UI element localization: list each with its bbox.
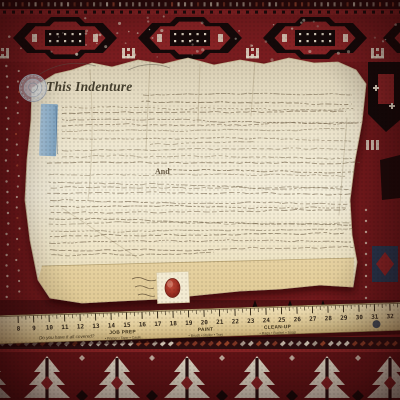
gul-dot xyxy=(204,33,206,35)
scene: 8910111213141516171819202122232425262728… xyxy=(0,0,400,400)
speckle xyxy=(20,47,22,49)
ruler-number: 13 xyxy=(92,323,100,330)
border-fleck xyxy=(61,2,63,6)
right-dot xyxy=(365,242,367,244)
speckle xyxy=(62,32,63,33)
right-dot xyxy=(365,231,367,233)
ruler-number: 17 xyxy=(154,321,162,328)
stripe-dot xyxy=(39,11,42,14)
left-dot xyxy=(6,191,8,193)
left-dot xyxy=(16,217,18,219)
ruler-number: 30 xyxy=(356,314,364,321)
stripe-dot xyxy=(3,11,6,14)
gul-dot xyxy=(329,33,331,35)
speckle xyxy=(96,33,99,36)
ruler-number: 26 xyxy=(294,316,302,323)
left-dot xyxy=(17,185,19,187)
border-fleck xyxy=(386,2,388,6)
gul-dot xyxy=(314,40,316,42)
stripe-dot xyxy=(111,11,114,14)
skirt-stripe xyxy=(0,349,400,352)
speckle xyxy=(85,32,87,34)
border-fleck xyxy=(295,2,297,6)
border-fleck xyxy=(126,2,128,6)
border-fleck xyxy=(74,2,76,6)
gul-side-mark xyxy=(343,34,348,42)
speckle xyxy=(96,43,98,45)
stripe-dot xyxy=(183,11,186,14)
gul-dot xyxy=(197,33,199,35)
left-dot xyxy=(18,290,20,292)
stripe-dot xyxy=(57,11,60,14)
speckle xyxy=(58,36,60,38)
seal-wax xyxy=(165,279,180,298)
gul-side-mark xyxy=(157,34,162,42)
border-fleck xyxy=(139,2,141,6)
left-dot xyxy=(7,222,9,224)
speckle xyxy=(251,45,253,47)
border-fleck xyxy=(22,2,24,6)
divider-motif xyxy=(0,56,9,59)
left-dot xyxy=(16,196,18,198)
gul-dot xyxy=(174,40,176,42)
left-dot xyxy=(16,143,18,145)
left-dot xyxy=(6,75,8,77)
speckle xyxy=(250,55,253,58)
border-fleck xyxy=(353,2,355,6)
blue-ribbon xyxy=(39,104,58,157)
stripe-dot xyxy=(84,11,87,14)
ruler-number: 8 xyxy=(17,325,21,332)
speckle xyxy=(308,50,311,53)
stripe-dot xyxy=(138,11,141,14)
ruler-number: 22 xyxy=(232,318,240,325)
stripe-dot xyxy=(21,11,24,14)
speckle xyxy=(146,17,148,19)
speckle xyxy=(302,19,305,22)
gul-side-mark xyxy=(282,34,287,42)
border-fleck xyxy=(204,2,206,6)
star-dot xyxy=(373,87,379,89)
stripe-dot xyxy=(129,11,132,14)
stamp-inner-ring xyxy=(24,79,42,97)
stripe-dot xyxy=(102,11,105,14)
speckle xyxy=(160,29,163,32)
speckle xyxy=(104,45,107,48)
stripe-dot xyxy=(246,11,249,14)
border-fleck xyxy=(9,2,11,6)
ruler-number: 23 xyxy=(247,318,255,325)
gul-dot xyxy=(322,33,324,35)
stripe-dot xyxy=(282,11,285,14)
left-dot xyxy=(18,175,20,177)
border-fleck xyxy=(249,2,251,6)
right-dot xyxy=(365,286,367,288)
border-fleck xyxy=(197,2,199,6)
left-dot xyxy=(7,170,9,172)
speckle xyxy=(191,43,193,45)
border-fleck xyxy=(373,2,375,6)
stripe-dot xyxy=(174,11,177,14)
stripe-dot xyxy=(237,11,240,14)
border-fleck xyxy=(41,2,43,6)
document-heading: This Indenture xyxy=(46,79,132,94)
border-fleck xyxy=(35,2,37,6)
stripe-dot xyxy=(264,11,267,14)
right-mark xyxy=(371,140,374,150)
border-fleck xyxy=(256,2,258,6)
left-dot xyxy=(5,264,7,266)
left-dot xyxy=(5,254,7,256)
gul-dot xyxy=(329,40,331,42)
speckle xyxy=(201,21,204,24)
border-fleck xyxy=(282,2,284,6)
left-dot xyxy=(18,248,20,250)
ruler-number: 25 xyxy=(278,317,286,324)
gul-side-mark xyxy=(218,34,223,42)
emphasis-word: And xyxy=(155,167,170,176)
ruler-number: 27 xyxy=(309,316,317,323)
right-dot xyxy=(365,220,367,222)
ruler-number: 18 xyxy=(170,320,178,327)
stripe-dot xyxy=(291,11,294,14)
stripe-dot xyxy=(75,11,78,14)
speckle xyxy=(191,39,193,41)
gul-dot xyxy=(307,33,309,35)
border-fleck xyxy=(152,2,154,6)
gul-dot xyxy=(79,33,81,35)
border-fleck xyxy=(236,2,238,6)
gul-dot xyxy=(49,40,51,42)
stripe-dot xyxy=(12,11,15,14)
stripe-dot xyxy=(327,11,330,14)
speckle xyxy=(34,34,37,37)
speckle xyxy=(133,53,136,56)
border-fleck xyxy=(392,2,394,6)
border-fleck xyxy=(28,2,30,6)
speckle xyxy=(273,24,274,25)
speckle xyxy=(337,52,340,55)
border-fleck xyxy=(145,2,147,6)
gul-dot xyxy=(57,33,59,35)
left-dot xyxy=(17,101,19,103)
gul-dot xyxy=(307,40,309,42)
ruler-number: 10 xyxy=(46,324,54,331)
right-motif-inner xyxy=(378,74,394,104)
stripe-dot xyxy=(372,11,375,14)
right-motif xyxy=(380,155,400,200)
border-fleck xyxy=(288,2,290,6)
gul-dot xyxy=(299,40,301,42)
stripe-dot xyxy=(228,11,231,14)
divider-motif xyxy=(371,56,384,59)
speckle xyxy=(151,37,153,39)
divider-dot xyxy=(376,51,379,54)
photo-of-deed-on-rug: 8910111213141516171819202122232425262728… xyxy=(0,0,400,400)
ruler-number: 28 xyxy=(325,315,333,322)
speckle xyxy=(147,20,149,22)
wax-seal xyxy=(156,271,189,303)
speckle xyxy=(270,58,273,61)
stripe-dot xyxy=(363,11,366,14)
gul-dot xyxy=(189,33,191,35)
stripe-dot xyxy=(390,11,393,14)
speckle xyxy=(374,37,376,39)
left-dot xyxy=(6,285,8,287)
border-fleck xyxy=(379,2,381,6)
border-fleck xyxy=(119,2,121,6)
speckle xyxy=(291,27,293,29)
stripe-dot xyxy=(201,11,204,14)
border-fleck xyxy=(321,2,323,6)
ruler-number: 20 xyxy=(201,319,209,326)
gul-dot xyxy=(49,33,51,35)
border-fleck xyxy=(360,2,362,6)
gul-core xyxy=(170,30,210,46)
stripe-dot xyxy=(219,11,222,14)
ruler-number: 14 xyxy=(108,322,116,329)
stripe-dot xyxy=(192,11,195,14)
border-fleck xyxy=(191,2,193,6)
border-fleck xyxy=(132,2,134,6)
gul-core xyxy=(295,30,335,46)
speckle xyxy=(382,40,384,42)
left-dot xyxy=(17,80,19,82)
speckle xyxy=(137,32,139,34)
border-fleck xyxy=(327,2,329,6)
seal-highlight xyxy=(167,280,173,287)
stripe-dot xyxy=(120,11,123,14)
speckle xyxy=(265,40,268,43)
speckle xyxy=(125,42,127,44)
left-dot xyxy=(18,269,20,271)
ruler-number: 15 xyxy=(123,322,131,329)
border-fleck xyxy=(67,2,69,6)
stripe-dot xyxy=(210,11,213,14)
left-dot xyxy=(6,96,8,98)
left-dot xyxy=(5,65,7,67)
speckle xyxy=(8,35,11,38)
border-fleck xyxy=(80,2,82,6)
gul-dot xyxy=(57,40,59,42)
stripe-dot xyxy=(156,11,159,14)
ruler-number: 11 xyxy=(61,324,69,331)
speckle xyxy=(85,44,87,46)
gul-dot xyxy=(189,40,191,42)
speckle xyxy=(201,48,204,51)
border-fleck xyxy=(340,2,342,6)
speckle xyxy=(196,50,199,53)
speckle xyxy=(156,56,157,57)
left-dot xyxy=(16,238,18,240)
right-mark xyxy=(366,140,369,150)
border-fleck xyxy=(347,2,349,6)
gul-dot xyxy=(79,40,81,42)
stripe-dot xyxy=(354,11,357,14)
border-fleck xyxy=(243,2,245,6)
border-fleck xyxy=(230,2,232,6)
stripe-dot xyxy=(66,11,69,14)
border-fleck xyxy=(178,2,180,6)
left-dot xyxy=(18,70,20,72)
gul-dot xyxy=(64,40,66,42)
left-dot xyxy=(17,154,19,156)
border-fleck xyxy=(301,2,303,6)
speckle xyxy=(163,15,165,17)
ruler-number: 21 xyxy=(216,319,224,326)
speckle xyxy=(84,17,86,19)
left-dot xyxy=(5,107,7,109)
ruler-number: 24 xyxy=(263,317,271,324)
border-fleck xyxy=(210,2,212,6)
left-dot xyxy=(6,201,8,203)
border-fleck xyxy=(334,2,336,6)
stripe-dot xyxy=(273,11,276,14)
right-dot xyxy=(365,297,367,299)
border-fleck xyxy=(269,2,271,6)
border-fleck xyxy=(15,2,17,6)
border-fleck xyxy=(100,2,102,6)
right-dot xyxy=(365,209,367,211)
ruler-number: 32 xyxy=(387,313,395,320)
speckle xyxy=(313,21,315,23)
border-fleck xyxy=(366,2,368,6)
border-fleck xyxy=(93,2,95,6)
divider-dot xyxy=(127,51,130,54)
stripe-dot xyxy=(381,11,384,14)
divider-dot xyxy=(251,51,254,54)
gul-dot xyxy=(299,33,301,35)
border-fleck xyxy=(54,2,56,6)
gul-dot xyxy=(322,40,324,42)
speckle xyxy=(394,23,397,26)
gul-core xyxy=(45,30,85,46)
left-dot xyxy=(6,275,8,277)
border-fleck xyxy=(171,2,173,6)
ruler-number: 31 xyxy=(371,314,379,321)
embossed-stamp-icon xyxy=(20,75,47,102)
left-dot xyxy=(18,280,20,282)
speckle xyxy=(149,29,151,31)
ruler-number: 29 xyxy=(340,315,348,322)
border-fleck xyxy=(217,2,219,6)
border-fleck xyxy=(314,2,316,6)
left-dot xyxy=(15,259,17,261)
speckle xyxy=(300,21,302,23)
border-fleck xyxy=(2,2,4,6)
left-dot xyxy=(18,227,20,229)
left-dot xyxy=(5,149,7,151)
left-dot xyxy=(5,180,7,182)
speckle xyxy=(347,50,350,53)
speckle xyxy=(99,33,102,36)
left-dot xyxy=(16,206,18,208)
ruler-number: 19 xyxy=(185,320,193,327)
star-dot xyxy=(389,105,395,107)
parchment-document: This Indenture And xyxy=(20,58,367,304)
ruler-number: 9 xyxy=(32,325,36,332)
stripe-dot xyxy=(30,11,33,14)
gul-dot xyxy=(64,33,66,35)
gul-dot xyxy=(72,40,74,42)
stripe-dot xyxy=(93,11,96,14)
speckle xyxy=(128,31,130,33)
ruler-number: 16 xyxy=(139,321,147,328)
left-dot xyxy=(7,117,9,119)
gul-dot xyxy=(72,33,74,35)
left-dot xyxy=(16,164,18,166)
left-dot xyxy=(6,86,8,88)
left-dot xyxy=(7,212,9,214)
left-dot xyxy=(17,112,19,114)
gul-dot xyxy=(314,33,316,35)
left-dot xyxy=(18,122,20,124)
right-mark xyxy=(376,140,379,150)
right-dot xyxy=(365,264,367,266)
stripe-dot xyxy=(255,11,258,14)
speckle xyxy=(50,51,52,53)
speckle xyxy=(2,50,4,52)
stripe-dot xyxy=(48,11,51,14)
right-dot xyxy=(365,275,367,277)
gul-dot xyxy=(197,40,199,42)
divider-motif xyxy=(122,56,135,59)
border-fleck xyxy=(308,2,310,6)
border-fleck xyxy=(113,2,115,6)
border-fleck xyxy=(106,2,108,6)
border-fleck xyxy=(87,2,89,6)
stripe-dot xyxy=(318,11,321,14)
border-fleck xyxy=(262,2,264,6)
speckle xyxy=(116,32,118,34)
speckle xyxy=(191,54,192,55)
stripe-dot xyxy=(345,11,348,14)
ruler-number: 12 xyxy=(77,323,85,330)
left-dot xyxy=(15,133,17,135)
speckle xyxy=(238,30,240,32)
right-dot xyxy=(365,253,367,255)
left-dot xyxy=(5,296,7,298)
speckle xyxy=(385,39,386,40)
speckle xyxy=(235,38,237,40)
speckle xyxy=(85,29,88,32)
gul-dot xyxy=(174,33,176,35)
border-fleck xyxy=(223,2,225,6)
stripe-dot xyxy=(300,11,303,14)
gul-dot xyxy=(182,40,184,42)
stripe-dot xyxy=(165,11,168,14)
left-dot xyxy=(6,138,8,140)
stripe-dot xyxy=(336,11,339,14)
stripe-dot xyxy=(147,11,150,14)
left-dot xyxy=(7,243,9,245)
speckle xyxy=(118,22,121,25)
ruler-section-title-paint: PAINT xyxy=(198,327,214,334)
gul-dot xyxy=(182,33,184,35)
border-fleck xyxy=(184,2,186,6)
stripe-dot xyxy=(309,11,312,14)
gul-dot xyxy=(204,40,206,42)
speckle xyxy=(317,25,319,27)
border-fleck xyxy=(275,2,277,6)
left-dot xyxy=(6,128,8,130)
left-dot xyxy=(5,233,7,235)
border-fleck xyxy=(165,2,167,6)
border-fleck xyxy=(48,2,50,6)
speckle xyxy=(75,53,78,56)
border-fleck xyxy=(158,2,160,6)
left-dot xyxy=(5,159,7,161)
